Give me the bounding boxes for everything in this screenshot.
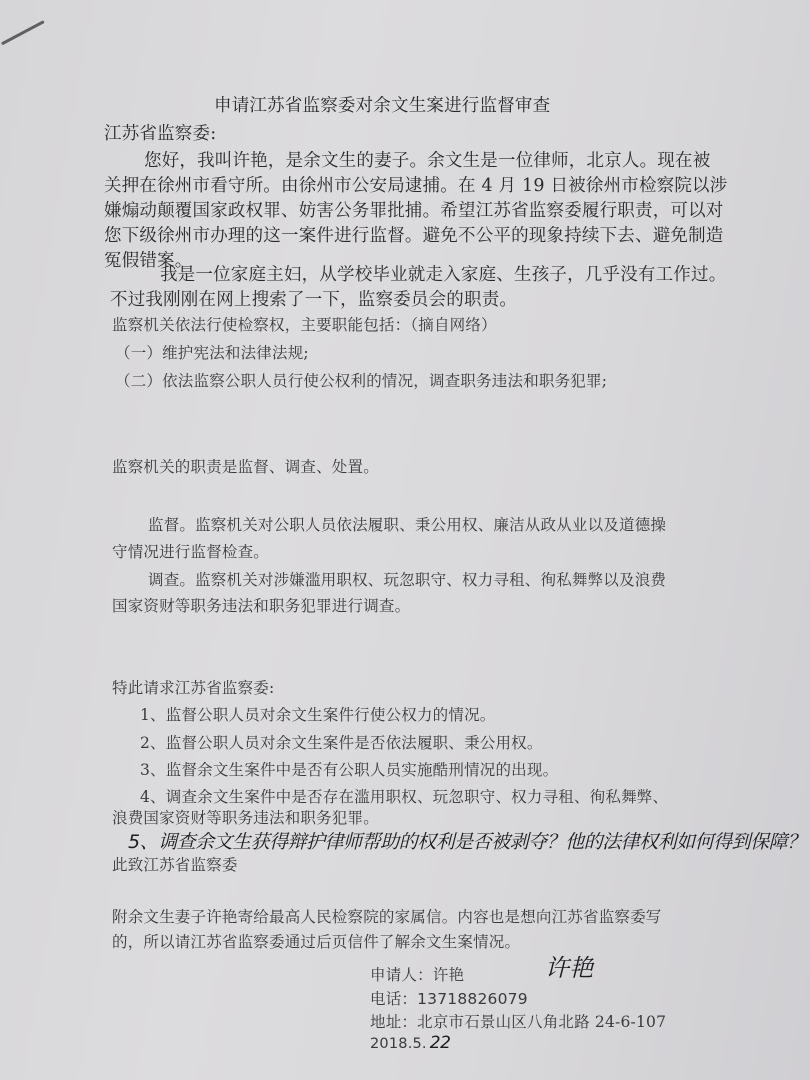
request-item: 4、调查余文生案件中是否存在滥用职权、玩忽职守、权力寻租、徇私舞弊、 <box>140 785 668 807</box>
intro-line: 您好，我叫许艳，是余文生的妻子。余文生是一位律师，北京人。现在被 <box>144 147 710 172</box>
function-item: （二）依法监察公职人员行使公权利的情况，调查职务违法和职务犯罪; <box>115 369 607 391</box>
date-handwritten: 22 <box>430 1033 451 1053</box>
background-line: 我是一位家庭主妇，从学校毕业就走入家庭、生孩子，几乎没有工作过。 <box>160 261 726 286</box>
pen-mark <box>1 20 45 45</box>
intro-line: 嫌煽动颠覆国家政权罪、妨害公务罪批捕。希望江苏省监察委履行职责，可以对 <box>104 197 724 222</box>
function-item: （一）维护宪法和法律法规; <box>115 341 309 363</box>
date: 2018.5.22 <box>370 1033 450 1053</box>
supervision-line: 监督。监察机关对公职人员依法履职、秉公用权、廉洁从政从业以及道德操 <box>148 513 666 535</box>
investigation-line: 国家资财等职务违法和职务犯罪进行调查。 <box>112 594 410 616</box>
closing: 此致江苏省监察委 <box>112 853 238 875</box>
request-item: 浪费国家资财等职务违法和职务犯罪。 <box>112 806 379 828</box>
investigation-line: 调查。监察机关对涉嫌滥用职权、玩忽职守、权力寻租、徇私舞弊以及浪费 <box>148 568 666 590</box>
address-text: 地址：北京市石景山区八角北路 24-6-107 <box>370 1013 666 1031</box>
attachment-line: 的，所以请江苏省监察委通过后页信件了解余文生案情况。 <box>112 930 520 952</box>
applicant-name: 申请人：许艳 <box>370 963 464 985</box>
intro-line: 您下级徐州市办理的这一案件进行监督。避免不公平的现象持续下去、避免制造 <box>104 222 724 247</box>
handwritten-request: 5、调查余文生获得辩护律师帮助的权利是否被剥夺？他的法律权利如何得到保障？ <box>128 827 806 854</box>
address: 地址：北京市石景山区八角北路 24-6-107 <box>370 1010 666 1032</box>
request-item: 2、监督公职人员对余文生案件是否依法履职、秉公用权。 <box>140 731 543 753</box>
request-item: 1、监督公职人员对余文生案件行使公权力的情况。 <box>140 703 495 725</box>
functions-intro: 监察机关依法行使检察权，主要职能包括：（摘自网络） <box>112 313 497 335</box>
salutation: 江苏省监察委: <box>104 120 216 145</box>
phone: 电话：13718826079 <box>370 987 528 1009</box>
document-title: 申请江苏省监察委对余文生案进行监督审查 <box>214 92 550 117</box>
attachment-line: 附余文生妻子许艳寄给最高人民检察院的家属信。内容也是想向江苏省监察委写 <box>112 905 662 927</box>
supervision-line: 守情况进行监督检查。 <box>112 540 269 562</box>
intro-line: 关押在徐州市看守所。由徐州市公安局逮捕。在 4 月 19 日被徐州市检察院以涉 <box>104 172 727 197</box>
handwritten-signature: 许艳 <box>545 948 593 983</box>
duties-summary: 监察机关的职责是监督、调查、处置。 <box>112 455 379 477</box>
phone-text: 电话：13718826079 <box>370 990 528 1008</box>
request-intro: 特此请求江苏省监察委: <box>112 676 274 698</box>
date-printed: 2018.5. <box>370 1036 427 1052</box>
request-item: 3、监督余文生案件中是否有公职人员实施酷刑情况的出现。 <box>140 758 558 780</box>
background-line: 不过我刚刚在网上搜索了一下，监察委员会的职责。 <box>110 286 517 311</box>
